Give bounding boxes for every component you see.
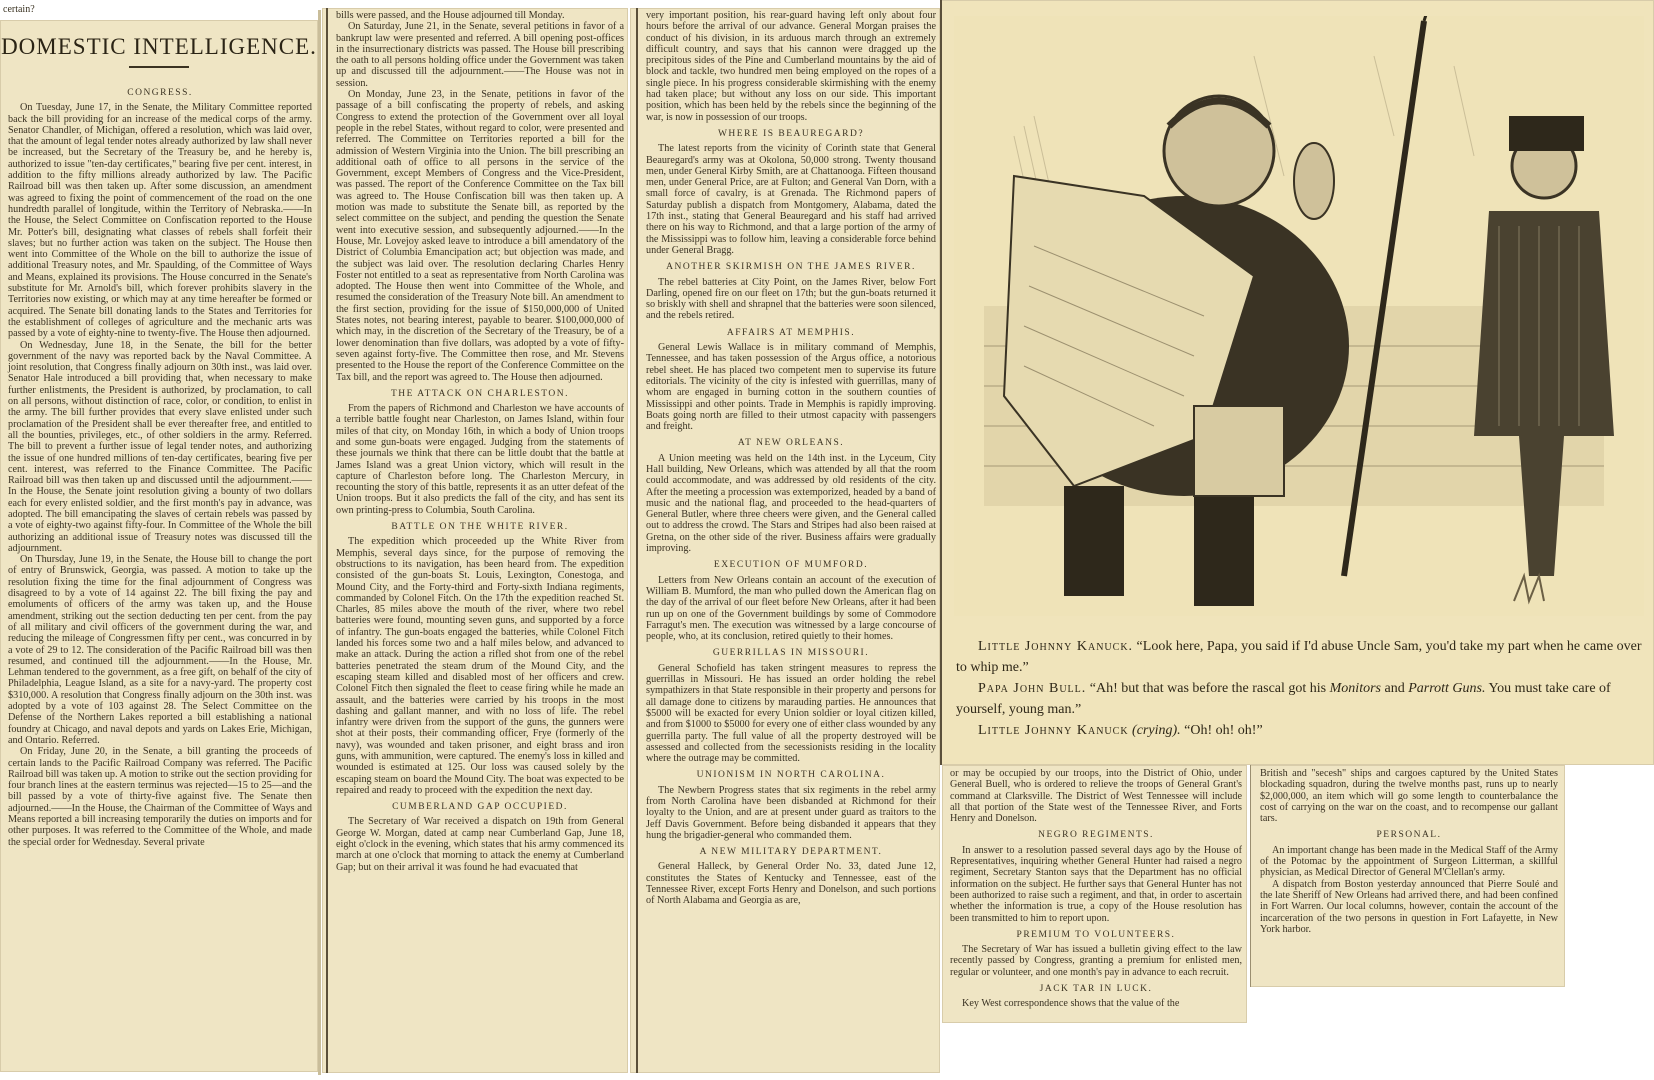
cartoon-drawing-icon bbox=[954, 16, 1644, 616]
caption-line: “Ah! but that was before the rascal got … bbox=[1090, 681, 1326, 696]
caption-speaker-kanuck: Little Johnny Kanuck. bbox=[978, 639, 1133, 654]
section-heading-beauregard: WHERE IS BEAUREGARD? bbox=[646, 129, 936, 140]
paragraph: The Secretary of War has issued a bullet… bbox=[950, 944, 1242, 978]
column-rule bbox=[940, 0, 942, 765]
column-divider bbox=[318, 10, 321, 1075]
section-heading-congress: CONGRESS. bbox=[8, 88, 312, 99]
paragraph: On Friday, June 20, in the Senate, a bil… bbox=[8, 746, 312, 848]
column-3-text: very important position, his rear-guard … bbox=[646, 10, 936, 907]
paragraph: The Newbern Progress states that six reg… bbox=[646, 785, 936, 841]
paragraph: On Tuesday, June 17, in the Senate, the … bbox=[8, 102, 312, 339]
section-heading-guerrillas: GUERRILLAS IN MISSOURI. bbox=[646, 648, 936, 659]
section-heading-memphis: AFFAIRS AT MEMPHIS. bbox=[646, 328, 936, 339]
column-rule bbox=[636, 8, 638, 1073]
paragraph: The expedition which proceeded up the Wh… bbox=[336, 536, 624, 796]
paragraph: The Secretary of War received a dispatch… bbox=[336, 816, 624, 872]
column-2-text: bills were passed, and the House adjourn… bbox=[336, 10, 624, 873]
masthead-rule bbox=[129, 66, 189, 68]
paragraph: From the papers of Richmond and Charlest… bbox=[336, 403, 624, 516]
paragraph: bills were passed, and the House adjourn… bbox=[336, 10, 624, 21]
section-heading-new-orleans: AT NEW ORLEANS. bbox=[646, 438, 936, 449]
section-heading-negro-regiments: NEGRO REGIMENTS. bbox=[950, 830, 1242, 841]
caption-line: “Oh! oh! oh!” bbox=[1184, 723, 1263, 738]
paragraph: General Halleck, by General Order No. 33… bbox=[646, 861, 936, 906]
section-heading-charleston: THE ATTACK ON CHARLESTON. bbox=[336, 389, 624, 400]
paragraph: British and "secesh" ships and cargoes c… bbox=[1260, 768, 1558, 824]
paragraph: The latest reports from the vicinity of … bbox=[646, 143, 936, 256]
caption-stage-direction: (crying). bbox=[1132, 723, 1181, 738]
section-heading-cumberland-gap: CUMBERLAND GAP OCCUPIED. bbox=[336, 802, 624, 813]
paragraph: An important change has been made in the… bbox=[1260, 845, 1558, 879]
cartoon-illustration bbox=[954, 16, 1644, 616]
paragraph: General Lewis Wallace is in military com… bbox=[646, 342, 936, 432]
clipping-column-5: British and "secesh" ships and cargoes c… bbox=[1250, 765, 1565, 987]
paragraph: General Schofield has taken stringent me… bbox=[646, 663, 936, 765]
section-heading-white-river: BATTLE ON THE WHITE RIVER. bbox=[336, 522, 624, 533]
clipping-column-3: very important position, his rear-guard … bbox=[630, 8, 940, 1073]
paragraph: On Monday, June 23, in the Senate, petit… bbox=[336, 89, 624, 383]
cartoon-caption: Little Johnny Kanuck. “Look here, Papa, … bbox=[956, 636, 1646, 741]
paragraph: A dispatch from Boston yesterday announc… bbox=[1260, 879, 1558, 935]
section-heading-premium-volunteers: PREMIUM TO VOLUNTEERS. bbox=[950, 930, 1242, 941]
section-heading-jack-tar: JACK TAR IN LUCK. bbox=[950, 984, 1242, 995]
caption-parrott-guns: Parrott Guns. bbox=[1408, 681, 1485, 696]
caption-and: and bbox=[1384, 681, 1404, 696]
section-heading-military-department: A NEW MILITARY DEPARTMENT. bbox=[646, 847, 936, 858]
caption-speaker-john-bull: Papa John Bull. bbox=[978, 681, 1086, 696]
paragraph: Letters from New Orleans contain an acco… bbox=[646, 575, 936, 643]
paragraph: A Union meeting was held on the 14th ins… bbox=[646, 453, 936, 555]
masthead-title: DOMESTIC INTELLIGENCE. bbox=[0, 34, 318, 60]
paragraph: On Saturday, June 21, in the Senate, sev… bbox=[336, 21, 624, 89]
column-rule bbox=[326, 8, 328, 1073]
paragraph: The rebel batteries at City Point, on th… bbox=[646, 277, 936, 322]
section-heading-james-river: ANOTHER SKIRMISH ON THE JAMES RIVER. bbox=[646, 262, 936, 273]
top-note: certain? bbox=[3, 4, 35, 15]
paragraph: or may be occupied by our troops, into t… bbox=[950, 768, 1242, 824]
column-1-text: CONGRESS. On Tuesday, June 17, in the Se… bbox=[8, 82, 312, 848]
paragraph: On Wednesday, June 18, in the Senate, th… bbox=[8, 340, 312, 555]
cartoon-clipping: Little Johnny Kanuck. “Look here, Papa, … bbox=[940, 0, 1654, 765]
section-heading-north-carolina: UNIONISM IN NORTH CAROLINA. bbox=[646, 770, 936, 781]
column-5-text: British and "secesh" ships and cargoes c… bbox=[1260, 768, 1558, 935]
column-4-text: or may be occupied by our troops, into t… bbox=[950, 768, 1242, 1010]
paragraph: In answer to a resolution passed several… bbox=[950, 845, 1242, 924]
section-heading-personal: PERSONAL. bbox=[1260, 830, 1558, 841]
column-rule bbox=[1250, 765, 1251, 987]
section-heading-mumford: EXECUTION OF MUMFORD. bbox=[646, 560, 936, 571]
paragraph: Key West correspondence shows that the v… bbox=[950, 998, 1242, 1009]
caption-monitors: Monitors bbox=[1330, 681, 1381, 696]
paragraph: very important position, his rear-guard … bbox=[646, 10, 936, 123]
clipping-column-2: bills were passed, and the House adjourn… bbox=[322, 8, 628, 1073]
clipping-column-1: DOMESTIC INTELLIGENCE. CONGRESS. On Tues… bbox=[0, 20, 318, 1072]
caption-speaker-kanuck: Little Johnny Kanuck bbox=[978, 723, 1129, 738]
paragraph: On Thursday, June 19, in the Senate, the… bbox=[8, 554, 312, 746]
clipping-column-4: or may be occupied by our troops, into t… bbox=[942, 765, 1247, 1023]
